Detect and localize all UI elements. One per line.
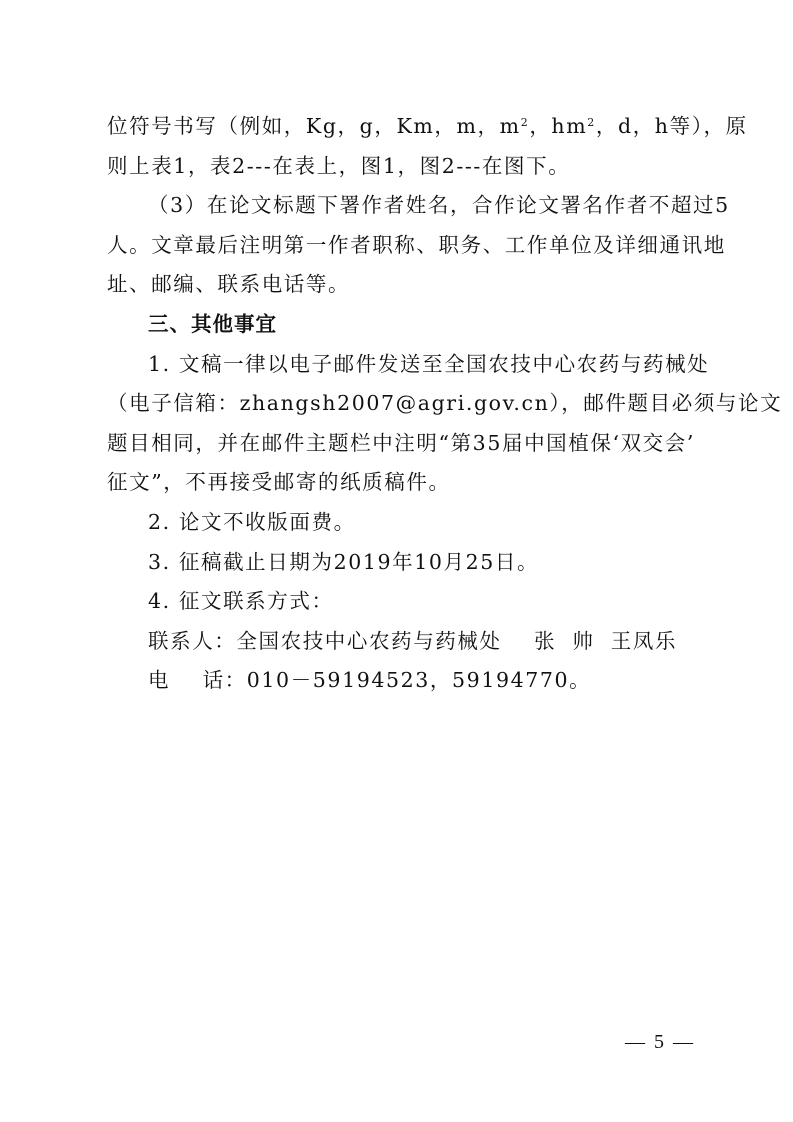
text-line: （3）在论文标题下署作者姓名，合作论文署名作者不超过5 [107, 186, 695, 226]
text-line: 址、邮编、联系电话等。 [107, 265, 695, 305]
list-item-line: （电子信箱：zhangsh2007@agri.gov.cn），邮件题目必须与论文 [107, 384, 695, 424]
text-line: 人。文章最后注明第一作者职称、职务、工作单位及详细通讯地 [107, 226, 695, 266]
section-heading: 三、其他事宜 [107, 305, 695, 345]
list-item-line: 3. 征稿截止日期为2019年10月25日。 [107, 543, 695, 583]
document-page: 位符号书写（例如，Kg，g，Km，m，m2，hm2，d，h等），原 则上表1，表… [0, 0, 793, 1122]
page-number: — 5 — [625, 1031, 695, 1054]
text-line: 则上表1，表2---在表上，图1，图2---在图下。 [107, 147, 695, 187]
document-body: 位符号书写（例如，Kg，g，Km，m，m2，hm2，d，h等），原 则上表1，表… [107, 107, 695, 701]
list-item-line: 征文”，不再接受邮寄的纸质稿件。 [107, 463, 695, 503]
list-item-line: 题目相同，并在邮件主题栏中注明“第35届中国植保‘双交会’ [107, 424, 695, 464]
list-item-line: 4. 征文联系方式： [107, 582, 695, 622]
text-line: 位符号书写（例如，Kg，g，Km，m，m2，hm2，d，h等），原 [107, 107, 695, 147]
contact-phone-line: 电 话：010－59194523，59194770。 [107, 661, 695, 701]
list-item-line: 2. 论文不收版面费。 [107, 503, 695, 543]
contact-person-line: 联系人：全国农技中心农药与药械处 张 帅 王凤乐 [107, 622, 695, 662]
list-item-line: 1. 文稿一律以电子邮件发送至全国农技中心农药与药械处 [107, 345, 695, 385]
